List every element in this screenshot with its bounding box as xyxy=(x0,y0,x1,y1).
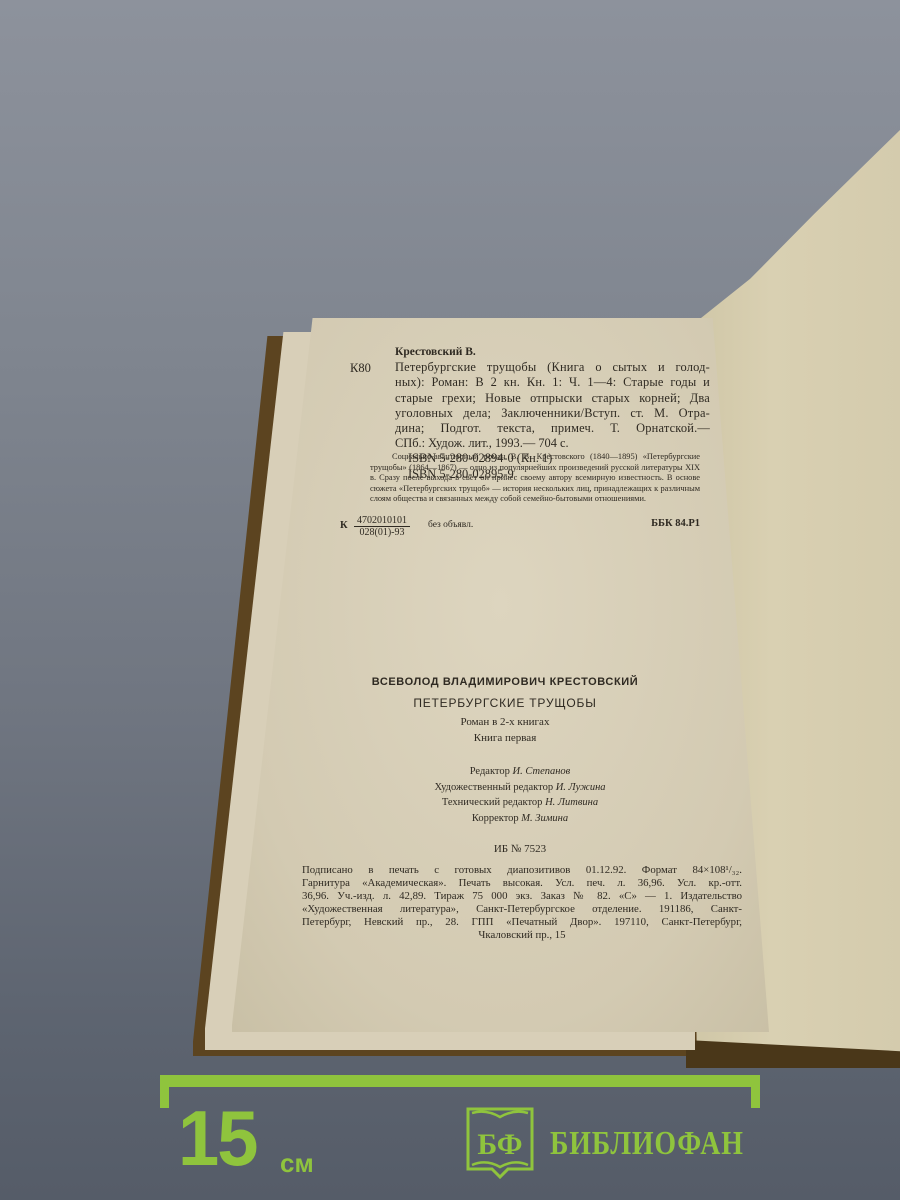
size-ruler-right-tick xyxy=(751,1075,760,1108)
call-number: К80 xyxy=(350,361,371,376)
size-ruler-bar xyxy=(160,1075,760,1087)
editor-role: Корректор xyxy=(472,813,519,824)
full-author-name: ВСЕВОЛОД ВЛАДИМИРОВИЧ КРЕСТОВСКИЙ xyxy=(340,676,670,688)
description-line: старые грехи; Новые отпрыски старых корн… xyxy=(395,391,710,406)
imprint-line: Чкаловский пр., 15 xyxy=(302,929,742,942)
imprint-line: Петербург, Невский пр., 28. ГПП «Печатны… xyxy=(302,916,742,929)
description-line: Петербургские трущобы (Книга о сытых и г… xyxy=(395,360,710,375)
book-subtitle: Роман в 2-х книгах xyxy=(340,716,670,728)
editor-line: Художественный редактор И. Лужина xyxy=(370,780,670,796)
editors-list: Редактор И. Степанов Художественный реда… xyxy=(370,764,670,826)
size-number: 15 xyxy=(178,1098,257,1178)
editor-name: Н. Литвина xyxy=(545,797,598,808)
logo-initials: БФ xyxy=(477,1128,522,1161)
code-numerator: 4702010101 xyxy=(354,515,410,527)
editor-line: Редактор И. Степанов xyxy=(370,764,670,780)
classification-code-row: К 4702010101 028(01)-93 без объявл. ББК … xyxy=(340,515,700,545)
editor-role: Художественный редактор xyxy=(434,782,553,793)
imprint-details: Подписано в печать с готовых диапозитиво… xyxy=(302,864,742,942)
bbk-code: ББК 84.Р1 xyxy=(651,518,700,529)
editor-name: И. Лужина xyxy=(556,782,606,793)
description-line: ных): Роман: В 2 кн. Кн. 1: Ч. 1—4: Стар… xyxy=(395,375,710,390)
annotation-text: Социально-авантюрный роман В. В. Крестов… xyxy=(370,452,700,505)
editor-line: Технический редактор Н. Литвина xyxy=(370,795,670,811)
ib-number: ИБ № 7523 xyxy=(470,843,570,855)
imprint-line: Гарнитура «Академическая». Печать высока… xyxy=(302,877,742,890)
description-line: дина; Подгот. текста, примеч. Т. Орнатск… xyxy=(395,421,710,436)
title-block: ВСЕВОЛОД ВЛАДИМИРОВИЧ КРЕСТОВСКИЙ ПЕТЕРБ… xyxy=(340,676,670,744)
annotation: Социально-авантюрный роман В. В. Крестов… xyxy=(370,452,700,505)
imprint-line: 36,96. Уч.-изд. л. 42,89. Тираж 75 000 э… xyxy=(302,890,742,903)
editor-role: Технический редактор xyxy=(442,797,543,808)
book-title: ПЕТЕРБУРГСКИЕ ТРУЩОБЫ xyxy=(340,696,670,710)
code-denominator: 028(01)-93 xyxy=(354,527,410,538)
imprint-line: «Художественная литература», Санкт-Петер… xyxy=(302,903,742,916)
code-note: без объявл. xyxy=(428,520,473,530)
book-logo-icon: БФ xyxy=(466,1107,534,1183)
editor-line: Корректор М. Зимина xyxy=(370,811,670,827)
editor-role: Редактор xyxy=(470,766,510,777)
book-volume: Книга первая xyxy=(340,732,670,744)
description-line: уголовных дела; Заключенники/Вступ. ст. … xyxy=(395,406,710,421)
size-ruler-left-tick xyxy=(160,1075,169,1108)
brand-name: БИБЛИОФАН xyxy=(550,1125,744,1163)
editor-name: И. Степанов xyxy=(513,766,571,777)
code-prefix: К xyxy=(340,520,348,531)
description-line: СПб.: Худож. лит., 1993.— 704 с. xyxy=(395,436,710,451)
code-fraction: 4702010101 028(01)-93 xyxy=(354,515,410,538)
imprint-line: Подписано в печать с готовых диапозитиво… xyxy=(302,864,742,877)
editor-name: М. Зимина xyxy=(521,813,568,824)
size-unit: см xyxy=(280,1148,314,1179)
author-heading: Крестовский В. xyxy=(395,345,710,360)
